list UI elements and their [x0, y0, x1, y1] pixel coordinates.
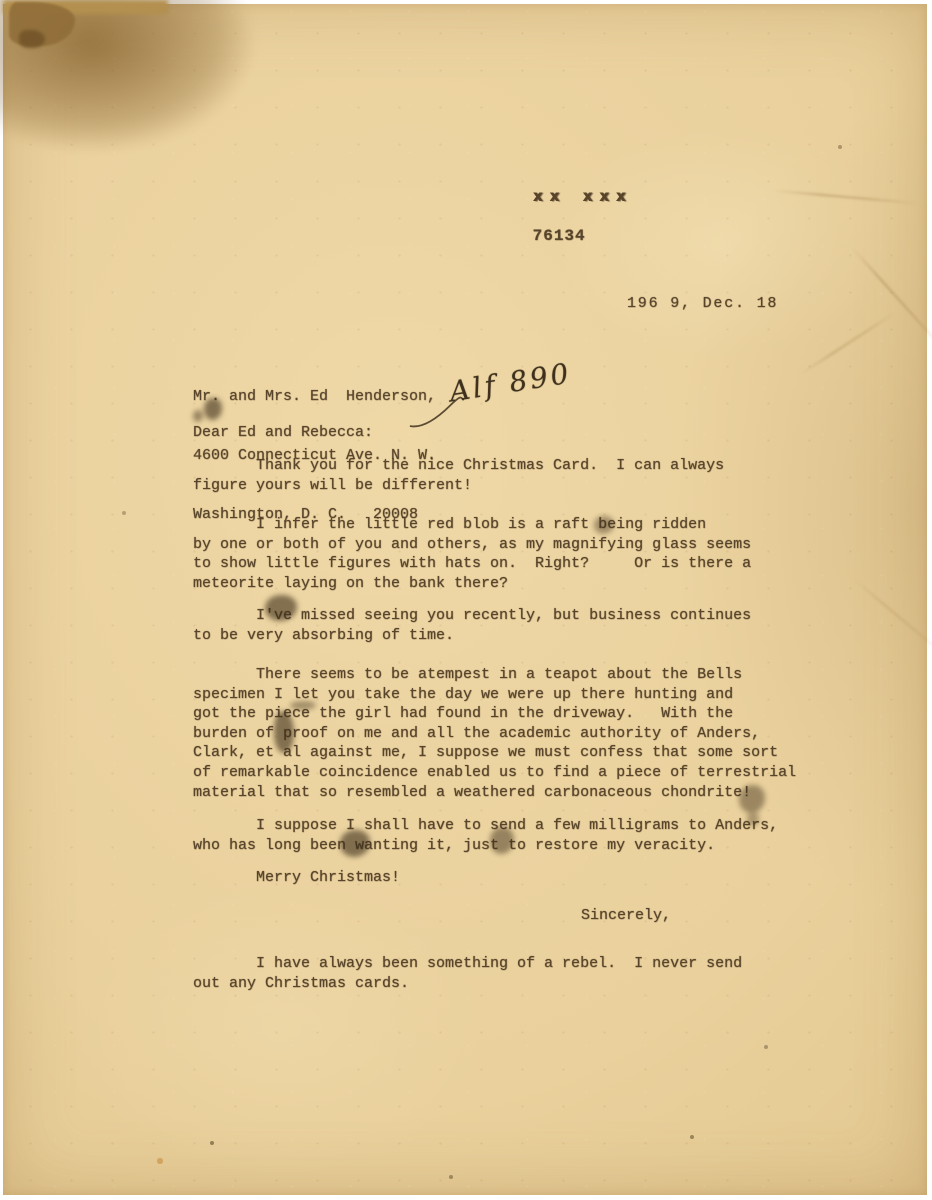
paragraph-milligrams: I suppose I shall have to send a few mil…	[193, 816, 778, 855]
salutation: Dear Ed and Rebecca:	[193, 423, 373, 443]
overtyped-x-marks: xx xxx	[533, 188, 633, 206]
signoff: Sincerely,	[581, 906, 671, 926]
paper-crease	[852, 578, 932, 657]
scanned-letter: xx xxx 76134 196 9, Dec. 18 Mr. and Mrs.…	[0, 0, 932, 1200]
postscript: I have always been something of a rebel.…	[193, 954, 742, 993]
paper-speckles	[3, 4, 5, 6]
paper-crease	[800, 311, 898, 375]
reference-number-line: xx xxx 76134	[475, 168, 632, 266]
handwritten-annotation: Alf 890	[447, 357, 574, 409]
letter-date: 196 9, Dec. 18	[627, 294, 778, 314]
annotation-text: Alf 890	[447, 357, 574, 409]
ink-smudge	[274, 711, 294, 753]
reference-number: 76134	[533, 227, 586, 245]
letter-paper: xx xxx 76134 196 9, Dec. 18 Mr. and Mrs.…	[3, 4, 927, 1195]
paper-crease	[771, 189, 921, 204]
ink-smudge	[739, 785, 765, 813]
torn-paper-fragment-dark	[19, 30, 45, 48]
paragraph-red-blob: I infer the little red blob is a raft be…	[193, 515, 751, 593]
paragraph-thanks: Thank you for the nice Christmas Card. I…	[193, 456, 724, 495]
recipient-line-1: Mr. and Mrs. Ed Henderson,	[193, 387, 436, 407]
merry-christmas-line: Merry Christmas!	[193, 868, 400, 888]
